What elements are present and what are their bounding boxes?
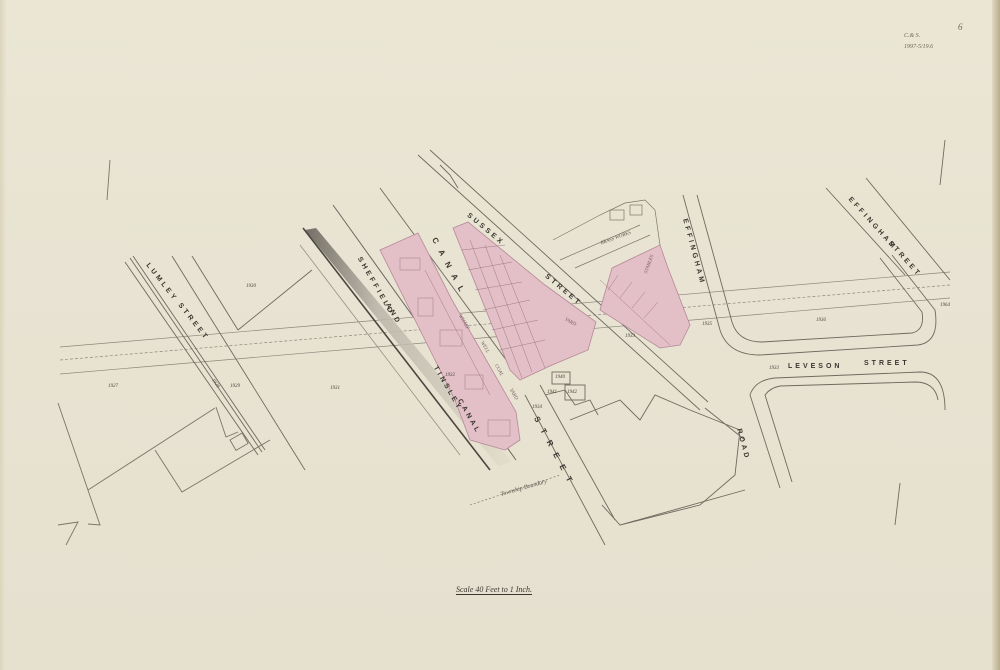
plot-number: 1933 <box>625 334 635 339</box>
scale-note: Scale 40 Feet to 1 Inch. <box>456 585 532 595</box>
plot-number: 1929 <box>230 384 240 389</box>
plot-number: 1942 <box>567 390 577 395</box>
map-drawing <box>0 0 1000 670</box>
archive-code: C.& S. <box>904 33 920 39</box>
leveson-street-label: LEVESON <box>788 363 842 370</box>
plot-number: 1934 <box>532 405 542 410</box>
plot-number: 1941 <box>547 390 557 395</box>
plot-number: 1933 <box>769 366 779 371</box>
plot-number: 1940 <box>555 375 565 380</box>
lumley-street-lines <box>125 256 312 470</box>
plot-number: 1927 <box>108 384 118 389</box>
pink-block-east <box>600 245 690 348</box>
plot-number: 1931 <box>330 386 340 391</box>
plot-number: 1930 <box>246 284 256 289</box>
effingham-road-lines <box>683 140 950 525</box>
plot-number: 1964 <box>940 303 950 308</box>
plot-number: 1935 <box>702 322 712 327</box>
archive-catalogue: 1997-5/19.6 <box>904 44 933 50</box>
plot-number: 1932 <box>445 373 455 378</box>
plot-number: 1936 <box>816 318 826 323</box>
left-plots <box>58 160 270 545</box>
sheet-number: 6 <box>958 22 963 32</box>
leveson-street-label-2: STREET <box>864 360 910 367</box>
